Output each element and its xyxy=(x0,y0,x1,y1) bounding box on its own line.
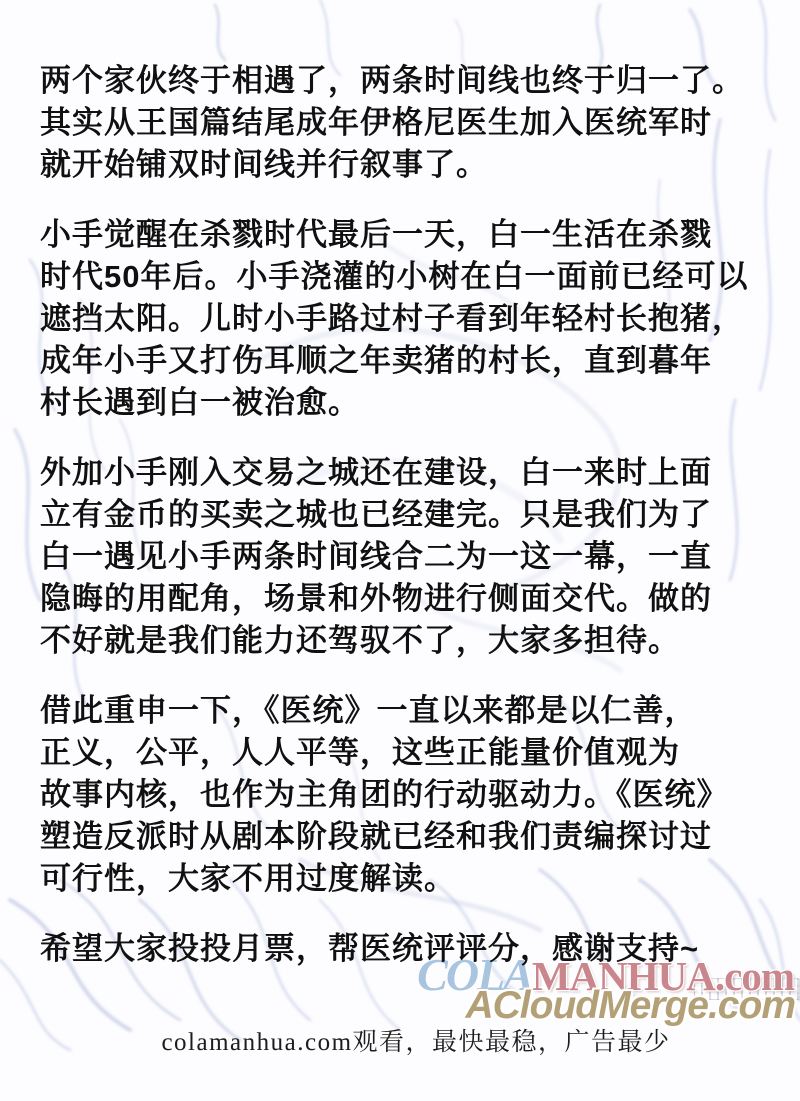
author-notes: 两个家伙终于相遇了，两条时间线也终于归一了。 其实从王国篇结尾成年伊格尼医生加入… xyxy=(40,60,772,998)
paragraph-trade-city: 外加小手刚入交易之城还在建设，白一来时上面 立有金币的买卖之城也已经建完。只是我… xyxy=(40,452,772,662)
paragraph-xiaoshou-baiyi: 小手觉醒在杀戮时代最后一天，白一生活在杀戮 时代50年后。小手浇灌的小树在白一面… xyxy=(40,214,772,424)
paragraph-values-statement: 借此重申一下，《医统》一直以来都是以仁善， 正义，公平，人人平等，这些正能量价值… xyxy=(40,690,772,900)
site-caption: colamanhua.com观看，最快最稳，广告最少 xyxy=(161,1022,670,1058)
comic-afterword-page: 两个家伙终于相遇了，两条时间线也终于归一了。 其实从王国篇结尾成年伊格尼医生加入… xyxy=(0,0,800,1101)
paragraph-timelines-merge: 两个家伙终于相遇了，两条时间线也终于归一了。 其实从王国篇结尾成年伊格尼医生加入… xyxy=(40,60,772,186)
paragraph-vote-request: 希望大家投投月票，帮医统评评分，感谢支持~ xyxy=(40,928,772,970)
